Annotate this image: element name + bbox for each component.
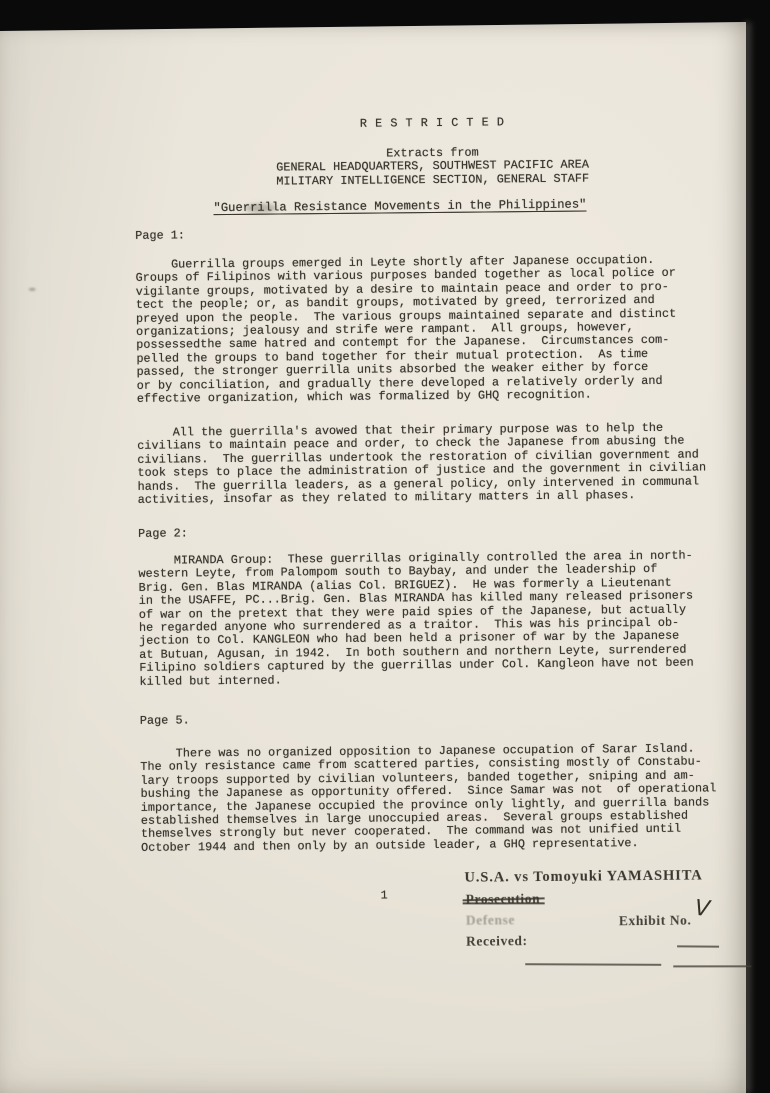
received-underline-segment: [525, 963, 661, 965]
stamp-prosecution-struck: Prosecution: [466, 891, 541, 908]
paragraph: MIRANDA Group: These guerrillas original…: [138, 550, 694, 689]
stamp-prosecution-label: Prosecution: [466, 891, 541, 908]
paragraph: Guerrilla groups emerged in Leyte shortl…: [135, 254, 677, 407]
text-line: activities, insofar as they related to m…: [138, 488, 707, 507]
text-line: effective organization, which was formal…: [137, 388, 677, 407]
section-label-page-2: Page 2:: [138, 527, 188, 541]
exhibit-number-underline: [677, 945, 719, 947]
stamp-exhibit-label: Exhibit No.: [619, 913, 692, 930]
section-label-page-5: Page 5.: [140, 714, 190, 728]
paragraph: All the guerrilla's avowed that their pr…: [137, 421, 706, 507]
classification-banner: R E S T R I C T E D: [152, 114, 712, 133]
paper-speck: [29, 288, 36, 291]
photo-stage: R E S T R I C T E D Extracts fromGENERAL…: [0, 0, 770, 1093]
received-underline-segment: [673, 965, 751, 967]
stamp-received-label: Received:: [466, 933, 528, 950]
stamp-case-title: U.S.A. vs Tomoyuki YAMASHITA: [464, 867, 702, 886]
document-title: "Guerrilla Resistance Movements in the P…: [120, 198, 680, 217]
handwritten-exhibit-number: V: [694, 896, 711, 922]
stamp-defense-label: Defense: [466, 912, 515, 928]
typed-content: R E S T R I C T E D Extracts fromGENERAL…: [0, 0, 770, 1093]
page-number: 1: [381, 889, 388, 902]
section-label-page-1: Page 1:: [135, 229, 185, 243]
paragraph: There was no organized opposition to Jap…: [140, 742, 717, 855]
source-header: Extracts fromGENERAL HEADQUARTERS, SOUTH…: [152, 144, 712, 190]
